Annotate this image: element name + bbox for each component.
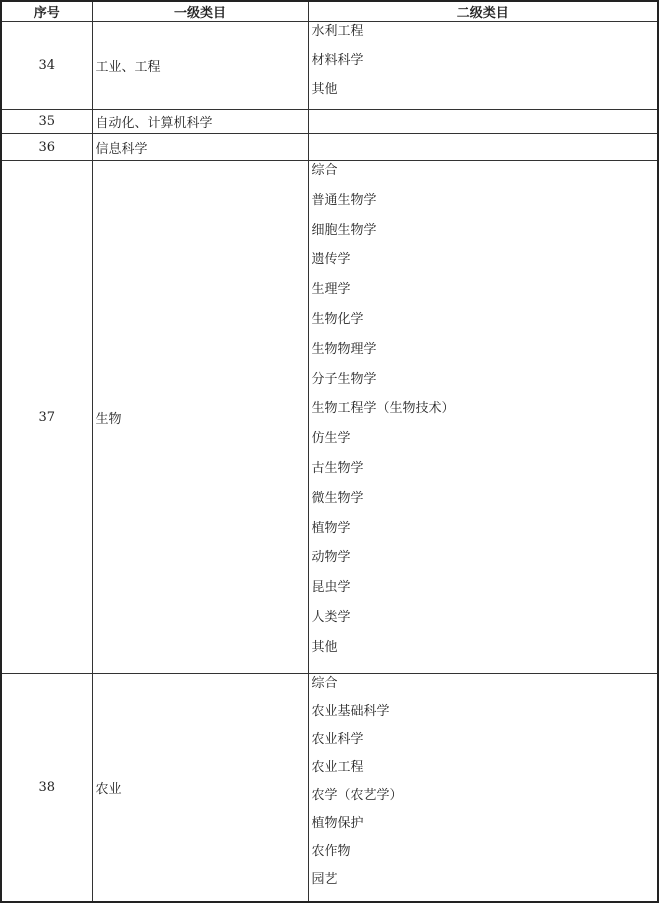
header-subcategory: 二级类目 — [308, 1, 658, 22]
subcategory-item: 分子生物学 — [312, 370, 658, 400]
subcategory-item: 生物工程学（生物技术） — [312, 399, 658, 429]
header-row: 序号 一级类目 二级类目 — [1, 1, 658, 22]
subcategory-item: 综合 — [312, 161, 658, 191]
row-category: 信息科学 — [92, 134, 308, 161]
header-no: 序号 — [1, 1, 92, 22]
subcategory-item: 普通生物学 — [312, 191, 658, 221]
row-subcategories — [308, 134, 658, 161]
row-subcategories — [308, 110, 658, 134]
subcategory-item: 生理学 — [312, 280, 658, 310]
row-no: 35 — [1, 110, 92, 134]
subcategory-item: 遗传学 — [312, 250, 658, 280]
subcategory-item: 农作物 — [312, 842, 658, 870]
subcategory-item: 水利工程 — [312, 22, 658, 51]
category-table: 序号 一级类目 二级类目 34 工业、工程 水利工程 材料科学 其他 35 自动… — [0, 0, 659, 899]
subcategory-item: 动物学 — [312, 548, 658, 578]
subcategory-item: 园艺 — [312, 870, 658, 898]
row-no: 37 — [1, 161, 92, 674]
subcategory-item: 昆虫学 — [312, 578, 658, 608]
row-category: 自动化、计算机科学 — [92, 110, 308, 134]
subcategory-item: 农学（农艺学） — [312, 786, 658, 814]
subcategory-item: 农业基础科学 — [312, 702, 658, 730]
subcategory-item: 综合 — [312, 674, 658, 702]
table-row: 38 农业 综合 农业基础科学 农业科学 农业工程 农学（农艺学） 植物保护 农… — [1, 674, 658, 900]
row-subcategories: 综合 普通生物学 细胞生物学 遗传学 生理学 生物化学 生物物理学 分子生物学 … — [308, 161, 658, 674]
table-row: 36 信息科学 — [1, 134, 658, 161]
table-row: 34 工业、工程 水利工程 材料科学 其他 — [1, 22, 658, 110]
subcategory-item: 古生物学 — [312, 459, 658, 489]
subcategory-item: 生物化学 — [312, 310, 658, 340]
row-no: 38 — [1, 674, 92, 900]
table-row: 37 生物 综合 普通生物学 细胞生物学 遗传学 生理学 生物化学 生物物理学 … — [1, 161, 658, 674]
subcategory-item: 植物学 — [312, 519, 658, 549]
subcategory-item: 其他 — [312, 638, 658, 668]
subcategory-item: 植物保护 — [312, 814, 658, 842]
subcategory-item: 微生物学 — [312, 489, 658, 519]
header-category: 一级类目 — [92, 1, 308, 22]
row-no: 34 — [1, 22, 92, 110]
row-category: 工业、工程 — [92, 22, 308, 110]
row-subcategories: 水利工程 材料科学 其他 — [308, 22, 658, 110]
subcategory-item: 生物物理学 — [312, 340, 658, 370]
subcategory-item: 细胞生物学 — [312, 221, 658, 251]
row-no: 36 — [1, 134, 92, 161]
subcategory-item: 人类学 — [312, 608, 658, 638]
subcategory-item: 农业工程 — [312, 758, 658, 786]
row-subcategories: 综合 农业基础科学 农业科学 农业工程 农学（农艺学） 植物保护 农作物 园艺 — [308, 674, 658, 900]
subcategory-item: 农业科学 — [312, 730, 658, 758]
subcategory-item: 材料科学 — [312, 51, 658, 80]
subcategory-item: 仿生学 — [312, 429, 658, 459]
subcategory-item: 其他 — [312, 80, 658, 109]
table-row: 35 自动化、计算机科学 — [1, 110, 658, 134]
row-category: 生物 — [92, 161, 308, 674]
row-category: 农业 — [92, 674, 308, 900]
